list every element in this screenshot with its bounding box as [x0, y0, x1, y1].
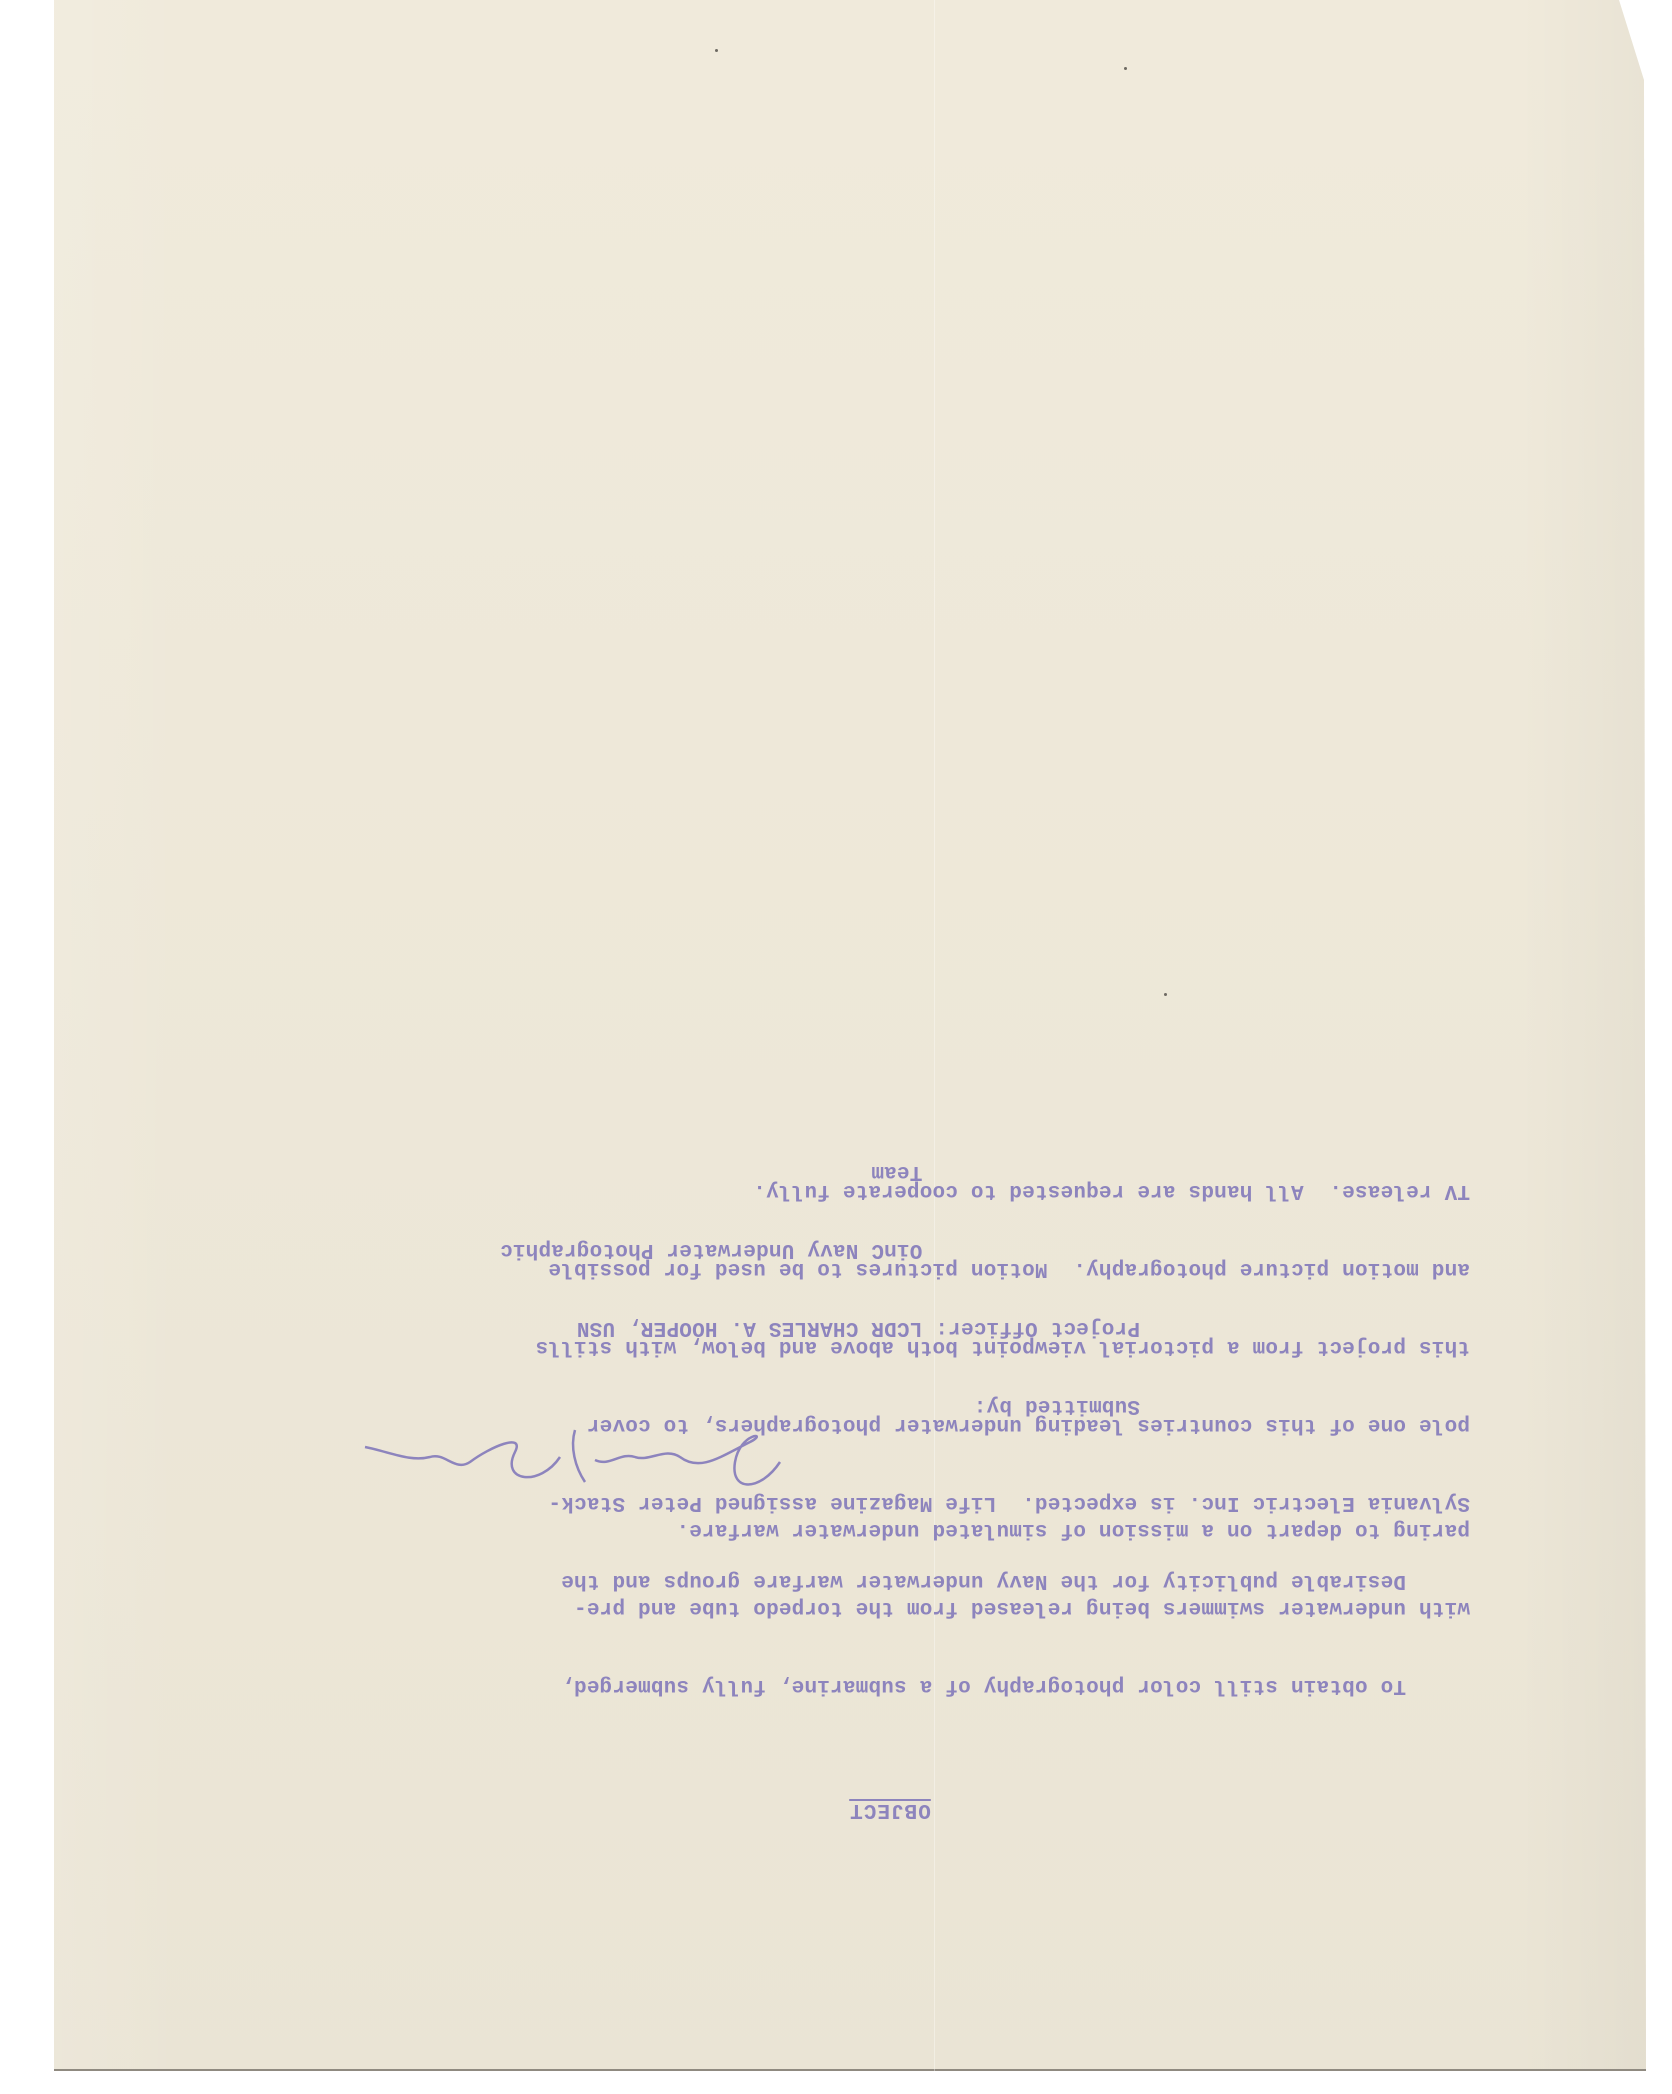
signature-block: Submitted by: Project Officer: LCDR CHAR… — [500, 1106, 1140, 1470]
officer-title-line: OinC Navy Underwater Photographic — [500, 1236, 1140, 1262]
paper-speck — [715, 49, 718, 52]
paper-speck — [1164, 993, 1167, 996]
paragraph-line: To obtain still color photography of a s… — [300, 1672, 1470, 1698]
officer-title: OinC Navy Underwater Photographic — [500, 1238, 922, 1261]
officer-line: Project Officer: LCDR CHARLES A. HOOPER,… — [500, 1314, 1140, 1340]
heading-text: OBJECT — [849, 1798, 931, 1821]
project-officer-label: Project Officer: — [935, 1316, 1140, 1339]
paper-speck — [1124, 67, 1127, 70]
heading-object: OBJECT — [300, 1796, 1480, 1822]
officer-name: LCDR CHARLES A. HOOPER, USN — [577, 1316, 923, 1339]
paragraph-line: Desirable publicity for the Navy underwa… — [300, 1567, 1470, 1593]
officer-title-line-2: Team — [500, 1158, 1140, 1184]
submitted-by-label: Submitted by: — [500, 1392, 1140, 1418]
officer-team: Team — [871, 1160, 922, 1183]
memo-text-rotated: OBJECT To obtain still color photography… — [300, 1250, 1480, 1850]
